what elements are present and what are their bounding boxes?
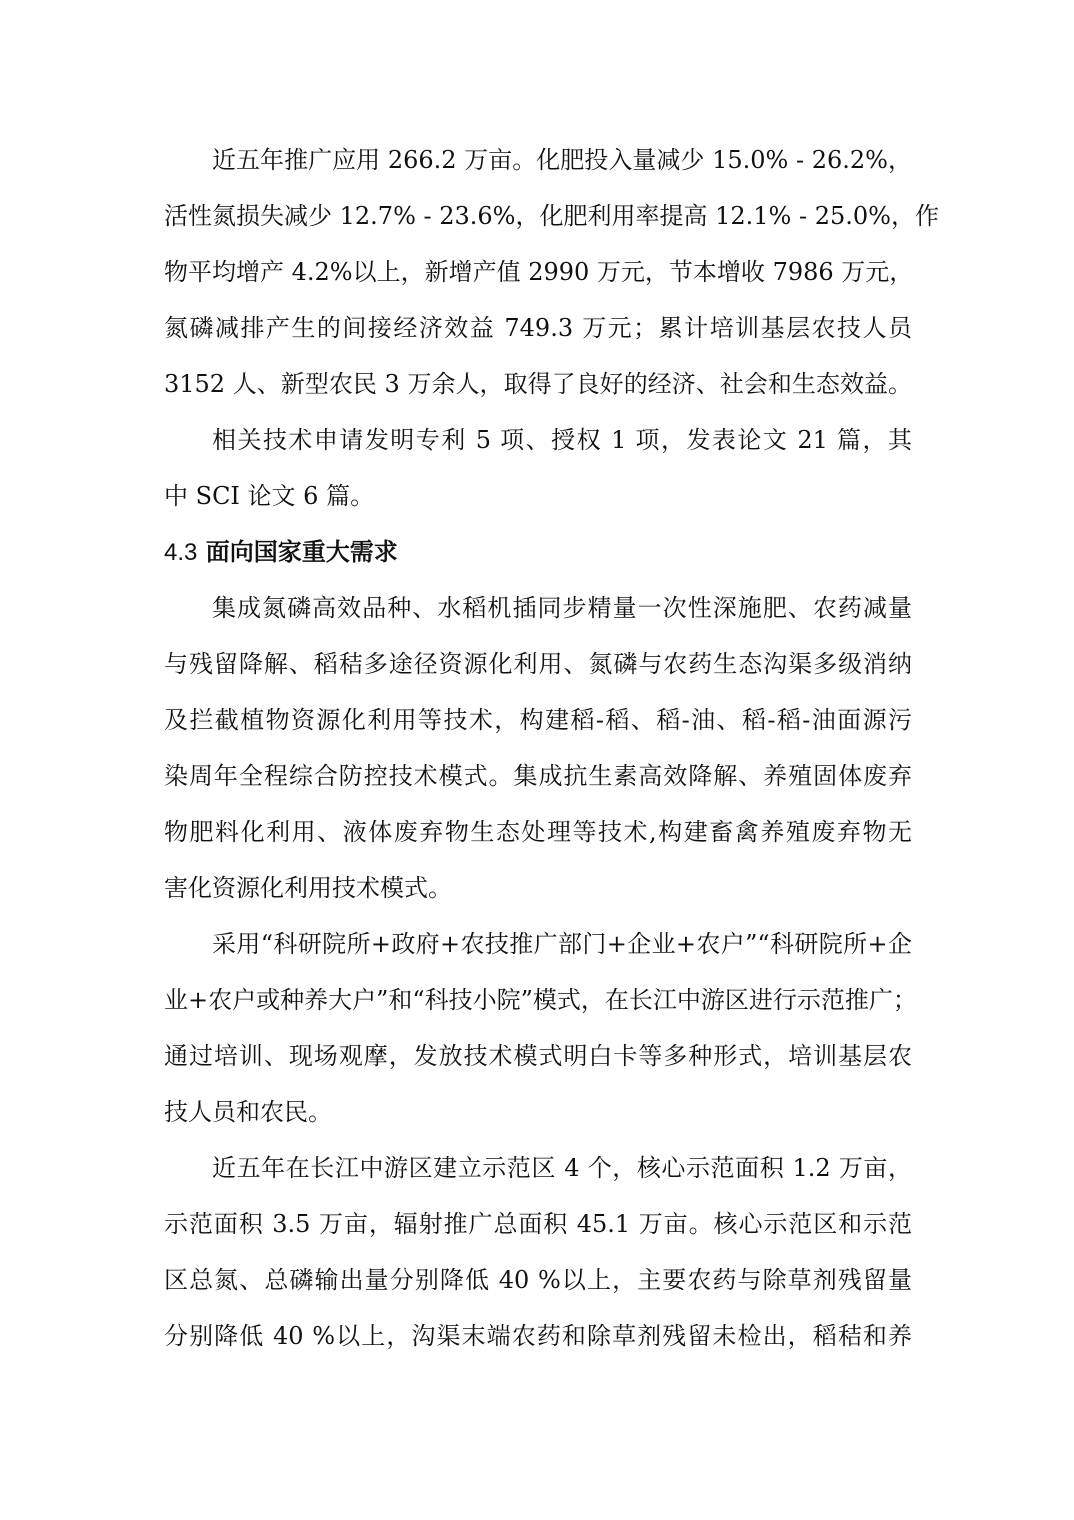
text-line: 技人员和农民。 — [164, 1088, 912, 1144]
text-line: 采用“科研院所+政府+农技推广部门+企业+农户”“科研院所+企 — [164, 920, 912, 976]
text-line: 示范面积 3.5 万亩，辐射推广总面积 45.1 万亩。核心示范区和示范 — [164, 1200, 912, 1256]
text-line: 及拦截植物资源化利用等技术，构建稻-稻、稻-油、稻-稻-油面源污 — [164, 696, 912, 752]
text-line: 活性氮损失减少 12.7% - 23.6%，化肥利用率提高 12.1% - 25… — [164, 192, 912, 248]
text-line: 中 SCI 论文 6 篇。 — [164, 472, 912, 528]
text-line: 业+农户或种养大户”和“科技小院”模式，在长江中游区进行示范推广； — [164, 976, 912, 1032]
paragraph-patents-papers: 相关技术申请发明专利 5 项、授权 1 项，发表论文 21 篇，其 中 SCI … — [164, 416, 912, 528]
text-line: 染周年全程综合防控技术模式。集成抗生素高效降解、养殖固体废弃 — [164, 752, 912, 808]
text-line: 物平均增产 4.2%以上，新增产值 2990 万元，节本增收 7986 万元， — [164, 248, 912, 304]
text-line: 近五年在长江中游区建立示范区 4 个，核心示范面积 1.2 万亩， — [164, 1144, 912, 1200]
text-line: 害化资源化利用技术模式。 — [164, 864, 912, 920]
text-line: 物肥料化利用、液体废弃物生态处理等技术,构建畜禽养殖废弃物无 — [164, 808, 912, 864]
text-line: 氮磷减排产生的间接经济效益 749.3 万元；累计培训基层农技人员 — [164, 304, 912, 360]
section-title: 面向国家重大需求 — [206, 538, 398, 566]
section-heading: 4.3 面向国家重大需求 — [164, 528, 912, 584]
text-line: 相关技术申请发明专利 5 项、授权 1 项，发表论文 21 篇，其 — [164, 416, 912, 472]
text-line: 3152 人、新型农民 3 万余人，取得了良好的经济、社会和生态效益。 — [164, 360, 912, 416]
text-line: 区总氮、总磷输出量分别降低 40 %以上，主要农药与除草剂残留量 — [164, 1256, 912, 1312]
text-line: 通过培训、现场观摩，发放技术模式明白卡等多种形式，培训基层农 — [164, 1032, 912, 1088]
paragraph-integrated-technologies: 集成氮磷高效品种、水稻机插同步精量一次性深施肥、农药减量 与残留降解、稻秸多途径… — [164, 584, 912, 920]
document-page: 近五年推广应用 266.2 万亩。化肥投入量减少 15.0% - 26.2%， … — [164, 136, 912, 1368]
text-line: 与残留降解、稻秸多途径资源化利用、氮磷与农药生态沟渠多级消纳 — [164, 640, 912, 696]
paragraph-demonstration-model: 采用“科研院所+政府+农技推广部门+企业+农户”“科研院所+企 业+农户或种养大… — [164, 920, 912, 1144]
text-line: 近五年推广应用 266.2 万亩。化肥投入量减少 15.0% - 26.2%， — [164, 136, 912, 192]
text-line: 分别降低 40 %以上，沟渠末端农药和除草剂残留未检出，稻秸和养 — [164, 1312, 912, 1368]
section-number: 4.3 — [164, 539, 197, 566]
paragraph-promotion-results: 近五年推广应用 266.2 万亩。化肥投入量减少 15.0% - 26.2%， … — [164, 136, 912, 416]
text-line: 集成氮磷高效品种、水稻机插同步精量一次性深施肥、农药减量 — [164, 584, 912, 640]
paragraph-demonstration-areas: 近五年在长江中游区建立示范区 4 个，核心示范面积 1.2 万亩， 示范面积 3… — [164, 1144, 912, 1368]
